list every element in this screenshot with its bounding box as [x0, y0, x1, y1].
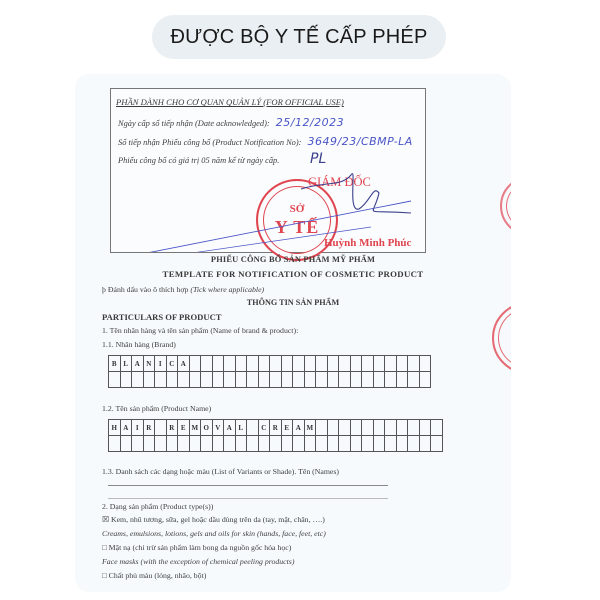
unchecked-box-icon[interactable]: □ [102, 571, 107, 580]
product-type-option: □ Chất phủ màu (lỏng, nhão, bột) [102, 571, 206, 580]
empty-cell [166, 436, 178, 452]
section-title-vn: THÔNG TIN SẢN PHẨM [75, 298, 511, 307]
letter-cell: M [189, 420, 201, 436]
letter-cell: L [235, 420, 247, 436]
empty-cell [362, 436, 374, 452]
empty-cell [120, 372, 132, 388]
empty-cell [281, 372, 293, 388]
empty-cell [143, 436, 155, 452]
product-type-desc: Creams, emulsions, lotions, gels and oil… [102, 529, 326, 538]
product-type-option: □ Mặt nạ (chỉ trừ sản phẩm làm bong da n… [102, 543, 291, 552]
empty-cell [327, 436, 339, 452]
empty-cell [293, 372, 305, 388]
product-type-label-en: Face masks (with the exception of chemic… [102, 557, 294, 566]
letter-cell [258, 356, 270, 372]
empty-cell [178, 372, 190, 388]
letter-cell: A [178, 356, 190, 372]
empty-cell [270, 436, 282, 452]
letter-cell [339, 356, 351, 372]
empty-cell [258, 436, 270, 452]
letter-cell [327, 356, 339, 372]
signature-strokes-icon [111, 89, 425, 252]
empty-cell [166, 372, 178, 388]
letter-cell [316, 356, 328, 372]
letter-cell [189, 356, 201, 372]
empty-cell [293, 436, 305, 452]
letter-cell: R [143, 420, 155, 436]
empty-cell [132, 436, 144, 452]
letter-cell [373, 356, 385, 372]
letter-cell [235, 356, 247, 372]
checked-box-icon[interactable]: ☒ [102, 515, 109, 524]
letter-cell [350, 420, 362, 436]
empty-cell [201, 372, 213, 388]
letter-cell [155, 420, 167, 436]
empty-cell [270, 372, 282, 388]
official-use-box: PHẦN DÀNH CHO CƠ QUAN QUẢN LÝ (FOR OFFIC… [110, 88, 426, 253]
letter-cell [281, 356, 293, 372]
empty-cell [316, 372, 328, 388]
seal-stamp-icon [500, 176, 511, 236]
letter-cell [385, 420, 397, 436]
letter-cell [362, 356, 374, 372]
empty-cell [304, 372, 316, 388]
question-1-2-product-name: 1.2. Tên sản phẩm (Product Name) [102, 404, 211, 413]
letter-cell [327, 420, 339, 436]
letter-cell [224, 356, 236, 372]
empty-cell [419, 436, 431, 452]
question-1-3-variants: 1.3. Danh sách các dạng hoặc màu (List o… [102, 467, 339, 476]
form-title-en: TEMPLATE FOR NOTIFICATION OF COSMETIC PR… [75, 269, 511, 279]
partial-seal-bottom [480, 298, 511, 374]
empty-cell [350, 372, 362, 388]
empty-cell [396, 372, 408, 388]
empty-cell [247, 372, 259, 388]
letter-cell [362, 420, 374, 436]
empty-cell [350, 436, 362, 452]
empty-cell [155, 436, 167, 452]
empty-cell [339, 372, 351, 388]
letter-cell: V [212, 420, 224, 436]
empty-cell [281, 436, 293, 452]
empty-cell [362, 372, 374, 388]
section-title-en: PARTICULARS OF PRODUCT [102, 312, 222, 322]
product-name-letter-grid: HAIRREMOVALCREAM [108, 419, 443, 452]
letter-cell: I [155, 356, 167, 372]
unchecked-box-icon[interactable]: □ [102, 543, 107, 552]
letter-cell: A [132, 356, 144, 372]
letter-cell [419, 420, 431, 436]
empty-cell [396, 436, 408, 452]
product-type-desc: Face masks (with the exception of chemic… [102, 557, 294, 566]
letter-cell: B [109, 356, 121, 372]
empty-cell [385, 436, 397, 452]
variants-answer-line [108, 485, 388, 486]
empty-cell [132, 372, 144, 388]
letter-cell [247, 420, 259, 436]
letter-cell: L [120, 356, 132, 372]
letter-cell: A [224, 420, 236, 436]
tick-note: þ Đánh dấu vào ô thích hợp (Tick where a… [102, 285, 264, 294]
empty-cell [235, 436, 247, 452]
question-1: 1. Tên nhãn hàng và tên sản phẩm (Name o… [102, 326, 298, 335]
letter-cell: E [178, 420, 190, 436]
letter-cell [270, 356, 282, 372]
letter-cell: N [143, 356, 155, 372]
empty-cell [235, 372, 247, 388]
notification-document: PHẦN DÀNH CHO CƠ QUAN QUẢN LÝ (FOR OFFIC… [75, 74, 511, 592]
empty-cell [201, 436, 213, 452]
certification-banner: ĐƯỢC BỘ Y TẾ CẤP PHÉP [152, 15, 446, 59]
product-type-label-en: Creams, emulsions, lotions, gels and oil… [102, 529, 326, 538]
letter-cell [408, 356, 420, 372]
variants-answer-line-2 [108, 498, 388, 499]
empty-cell [109, 436, 121, 452]
banner-title: ĐƯỢC BỘ Y TẾ CẤP PHÉP [170, 26, 427, 49]
product-type-option: ☒ Kem, nhũ tương, sữa, gel hoặc dầu dùng… [102, 515, 325, 524]
question-1-1-brand: 1.1. Nhãn hàng (Brand) [102, 340, 176, 349]
brand-letter-grid: BLANICA [108, 355, 431, 388]
empty-cell [247, 436, 259, 452]
letter-cell [396, 420, 408, 436]
empty-cell [408, 436, 420, 452]
empty-cell [224, 372, 236, 388]
empty-cell [120, 436, 132, 452]
empty-cell [155, 372, 167, 388]
letter-cell: I [132, 420, 144, 436]
letter-cell [201, 356, 213, 372]
empty-cell [258, 372, 270, 388]
letter-cell [212, 356, 224, 372]
letter-cell [304, 356, 316, 372]
empty-cell [419, 372, 431, 388]
empty-cell [373, 372, 385, 388]
letter-cell [247, 356, 259, 372]
empty-cell [385, 372, 397, 388]
product-type-label-vn: Kem, nhũ tương, sữa, gel hoặc dầu dùng t… [111, 515, 325, 524]
letter-cell [408, 420, 420, 436]
empty-cell [327, 372, 339, 388]
tick-note-en: (Tick where applicable) [190, 285, 264, 294]
letter-cell [396, 356, 408, 372]
letter-cell: C [258, 420, 270, 436]
empty-cell [373, 436, 385, 452]
letter-cell [293, 356, 305, 372]
letter-cell: C [166, 356, 178, 372]
empty-cell [339, 436, 351, 452]
empty-cell [109, 372, 121, 388]
letter-cell [431, 420, 443, 436]
letter-cell: O [201, 420, 213, 436]
empty-cell [316, 436, 328, 452]
letter-cell: A [120, 420, 132, 436]
form-title-vn: PHIẾU CÔNG BỐ SẢN PHẨM MỸ PHẨM [75, 255, 511, 264]
letter-cell: R [270, 420, 282, 436]
empty-cell [224, 436, 236, 452]
empty-cell [212, 372, 224, 388]
empty-cell [212, 436, 224, 452]
letter-cell: R [166, 420, 178, 436]
product-type-label-vn: Mặt nạ (chỉ trừ sản phẩm làm bong da ngu… [109, 543, 292, 552]
empty-cell [189, 372, 201, 388]
letter-cell [419, 356, 431, 372]
empty-cell [143, 372, 155, 388]
partial-seal-top [480, 170, 511, 240]
letter-cell [339, 420, 351, 436]
empty-cell [178, 436, 190, 452]
letter-cell: A [293, 420, 305, 436]
empty-cell [304, 436, 316, 452]
letter-cell [373, 420, 385, 436]
letter-cell [316, 420, 328, 436]
empty-cell [189, 436, 201, 452]
letter-cell: H [109, 420, 121, 436]
document-panel: PHẦN DÀNH CHO CƠ QUAN QUẢN LÝ (FOR OFFIC… [75, 74, 511, 592]
product-type-label-vn: Chất phủ màu (lỏng, nhão, bột) [109, 571, 207, 580]
empty-cell [431, 436, 443, 452]
letter-cell: E [281, 420, 293, 436]
letter-cell [385, 356, 397, 372]
empty-cell [408, 372, 420, 388]
seal-stamp-icon [492, 302, 511, 374]
letter-cell: M [304, 420, 316, 436]
tick-note-vn: þ Đánh dấu vào ô thích hợp [102, 285, 190, 294]
letter-cell [350, 356, 362, 372]
question-2-product-type: 2. Dạng sản phẩm (Product type(s)) [102, 502, 213, 511]
